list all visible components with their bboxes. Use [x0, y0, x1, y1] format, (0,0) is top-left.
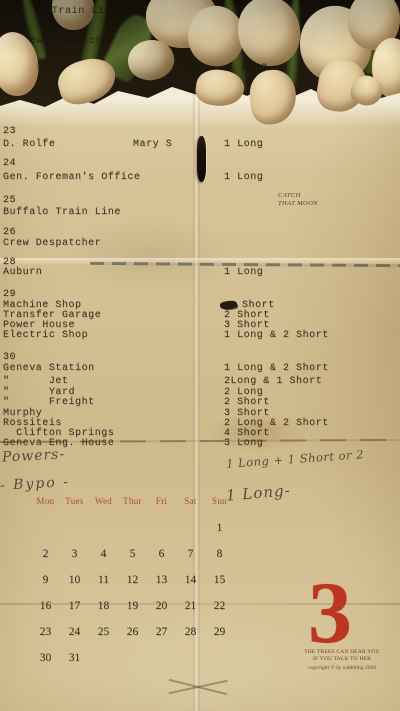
- entry-number: 23: [3, 126, 16, 137]
- date-cell: 30: [31, 652, 60, 678]
- date-cell: 28: [176, 626, 205, 652]
- weekday-sun: Sun: [205, 496, 234, 506]
- calendar-page-photo: lo Train Line ew Despatcher uburn 1 Long…: [0, 0, 400, 711]
- date-cell: 25: [89, 626, 118, 652]
- weekday-sat: Sat: [176, 496, 205, 506]
- station-name: Crew Despatcher: [3, 238, 101, 249]
- date-cell: 18: [89, 600, 118, 626]
- calendar-weekday-header: Mon Tues Wed Thur Fri Sat Sun: [31, 496, 234, 506]
- date-cell: 9: [31, 574, 60, 600]
- date-cell: 11: [89, 574, 118, 600]
- date-cell: 29: [205, 626, 234, 652]
- ring-code: 1 Long: [224, 172, 263, 183]
- date-cell: 26: [118, 626, 147, 652]
- date-cell: 21: [176, 600, 205, 626]
- ring-code: 1 Long & 2 Short: [224, 330, 329, 341]
- date-cell: 3: [60, 548, 89, 574]
- date-cell: 4: [89, 548, 118, 574]
- ring-code: 1 Long: [224, 139, 263, 150]
- station-name: " Jet: [3, 376, 69, 387]
- ghost-text-despatcher: ew Despatcher: [30, 36, 116, 47]
- date-cell: 14: [176, 574, 205, 600]
- date-cell: 6: [147, 548, 176, 574]
- date-cell: 27: [147, 626, 176, 652]
- calendar-tagline: THE TREES CAN HEAR YOU IF YOU TALK TO HE…: [282, 649, 400, 663]
- month-numeral: 3: [308, 574, 352, 654]
- weekday-mon: Mon: [31, 496, 60, 506]
- date-cell: 7: [176, 548, 205, 574]
- date-cell: 16: [31, 600, 60, 626]
- date-cell: 20: [147, 600, 176, 626]
- handwriting-bypo: - Bypo -: [0, 474, 70, 494]
- date-cell: 8: [205, 548, 234, 574]
- ring-code: 1 Long: [224, 267, 263, 278]
- date-cell: 10: [60, 574, 89, 600]
- station-name: Buffalo Train Line: [3, 207, 121, 218]
- list-row: Crew Despatcher: [0, 238, 400, 250]
- date-cell: 1: [205, 522, 234, 548]
- entry-number: 25: [3, 195, 16, 206]
- date-cell: 15: [205, 574, 234, 600]
- date-cell: 19: [118, 600, 147, 626]
- caption-line: CATCH: [278, 192, 318, 200]
- entry-number: 26: [3, 227, 16, 238]
- weekday-tues: Tues: [60, 496, 89, 506]
- date-cell: 13: [147, 574, 176, 600]
- station-name: Electric Shop: [3, 330, 88, 341]
- weekday-fri: Fri: [147, 496, 176, 506]
- station-note: Mary S: [133, 139, 172, 150]
- date-cell: 22: [205, 600, 234, 626]
- list-entry-number: 25: [0, 195, 400, 207]
- station-name: Geneva Station: [3, 363, 95, 374]
- copyright-line: copyright © by wildthing 2020: [282, 665, 400, 671]
- calendar-date-grid: 1 2 3 4 5 6 7 8 9 10 11 12 13 14 15 16 1…: [31, 522, 234, 678]
- date-cell: 23: [31, 626, 60, 652]
- station-name: D. Rolfe: [3, 139, 55, 150]
- date-cell: 24: [60, 626, 89, 652]
- entry-number: 29: [3, 289, 16, 300]
- handwriting-long-short: 1 Long + 1 Short or 2: [226, 447, 365, 471]
- list-row: Auburn 1 Long: [0, 267, 400, 279]
- station-name: Auburn: [3, 267, 42, 278]
- ghost-text-train-line: lo Train Line: [32, 6, 118, 17]
- weekday-wed: Wed: [89, 496, 118, 506]
- date-cell: 5: [118, 548, 147, 574]
- date-cell: 2: [31, 548, 60, 574]
- entry-number: 30: [3, 352, 16, 363]
- station-name: Gen. Foreman's Office: [3, 172, 141, 183]
- date-cell: 31: [60, 652, 89, 678]
- date-cell: 12: [118, 574, 147, 600]
- weekday-thur: Thur: [118, 496, 147, 506]
- ring-code: 1 Long & 2 Short: [224, 363, 329, 374]
- paper-hole: [197, 136, 206, 182]
- tagline-line: IF YOU TALK TO HER: [282, 656, 400, 663]
- caption-line: THAT MOON: [278, 200, 318, 208]
- catch-that-moon-caption: CATCH THAT MOON: [278, 192, 318, 208]
- entry-number: 24: [3, 158, 16, 169]
- station-name: " Freight: [3, 397, 95, 408]
- list-row: Buffalo Train Line: [0, 207, 400, 219]
- scribbled-out-number: [220, 300, 238, 310]
- handwriting-powers: Powers-: [2, 446, 66, 465]
- handwriting-one-long: 1 Long-: [225, 481, 291, 505]
- list-row: Electric Shop 1 Long & 2 Short: [0, 330, 400, 342]
- date-cell: 17: [60, 600, 89, 626]
- ring-code: 2Long & 1 Short: [224, 376, 322, 387]
- tagline-line: THE TREES CAN HEAR YOU: [282, 649, 400, 656]
- ring-code: 2 Short: [224, 397, 270, 408]
- list-row: Geneva Station 1 Long & 2 Short: [0, 363, 400, 375]
